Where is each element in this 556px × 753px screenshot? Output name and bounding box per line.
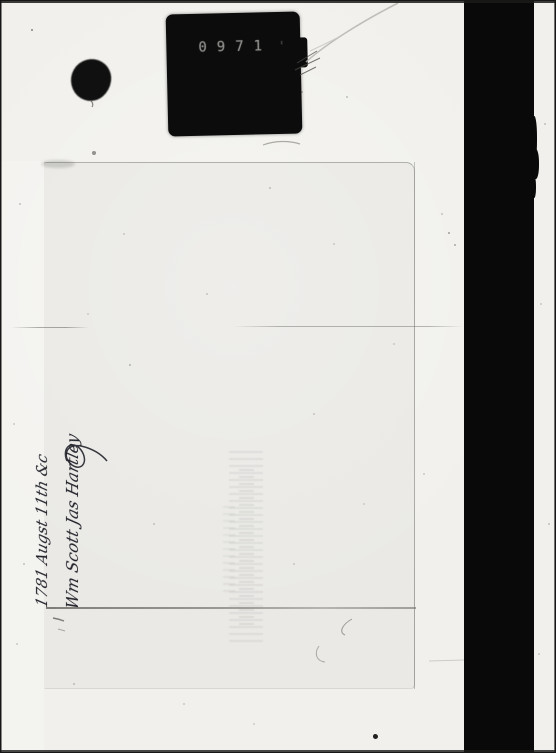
film-reel-arc-scratch [306, 3, 398, 62]
signature-flourish [61, 433, 109, 483]
flourish-stroke [65, 445, 107, 467]
film-reel-arc-scratch-secondary [310, 37, 339, 51]
film-frame-number-digits: 0971 [198, 38, 272, 56]
ink-bleedthrough [223, 506, 235, 596]
frame-edge-left [1, 1, 2, 753]
film-splice-bar [464, 1, 534, 753]
film-frame-faint-mark: ' [278, 39, 286, 53]
bar-edge-bump [532, 176, 536, 198]
fold-crease-right-segment [233, 326, 463, 327]
endorsement-rotated-block: 1781 Augst 11th &c Wm Scott Jas Hartley [31, 433, 109, 611]
dark-ink-speck [373, 734, 378, 739]
film-tag-side-tab [298, 37, 308, 67]
endorsement-line-1: 1781 Augst 11th &c [33, 452, 51, 609]
frame-edge-top [1, 1, 556, 3]
letter-corner-smudge [41, 160, 75, 168]
frame-edge-bottom [1, 750, 556, 752]
punch-hole-dot [68, 56, 113, 103]
margin-scratch-line [429, 660, 464, 661]
film-frame-tag: 0971' [166, 11, 303, 136]
film-frame-number: 0971' [198, 38, 298, 56]
microfilm-scan-frame: 1781 Augst 11th &c Wm Scott Jas Hartley … [0, 0, 556, 753]
frame-edge-right [554, 1, 555, 753]
ink-bleedthrough [239, 469, 254, 629]
fold-crease-left-segment [11, 327, 89, 328]
bar-edge-bump [532, 149, 539, 179]
letter-right-edge [414, 162, 415, 689]
mark-below-punch-dot [91, 101, 93, 107]
curved-dash-mark [263, 141, 300, 145]
